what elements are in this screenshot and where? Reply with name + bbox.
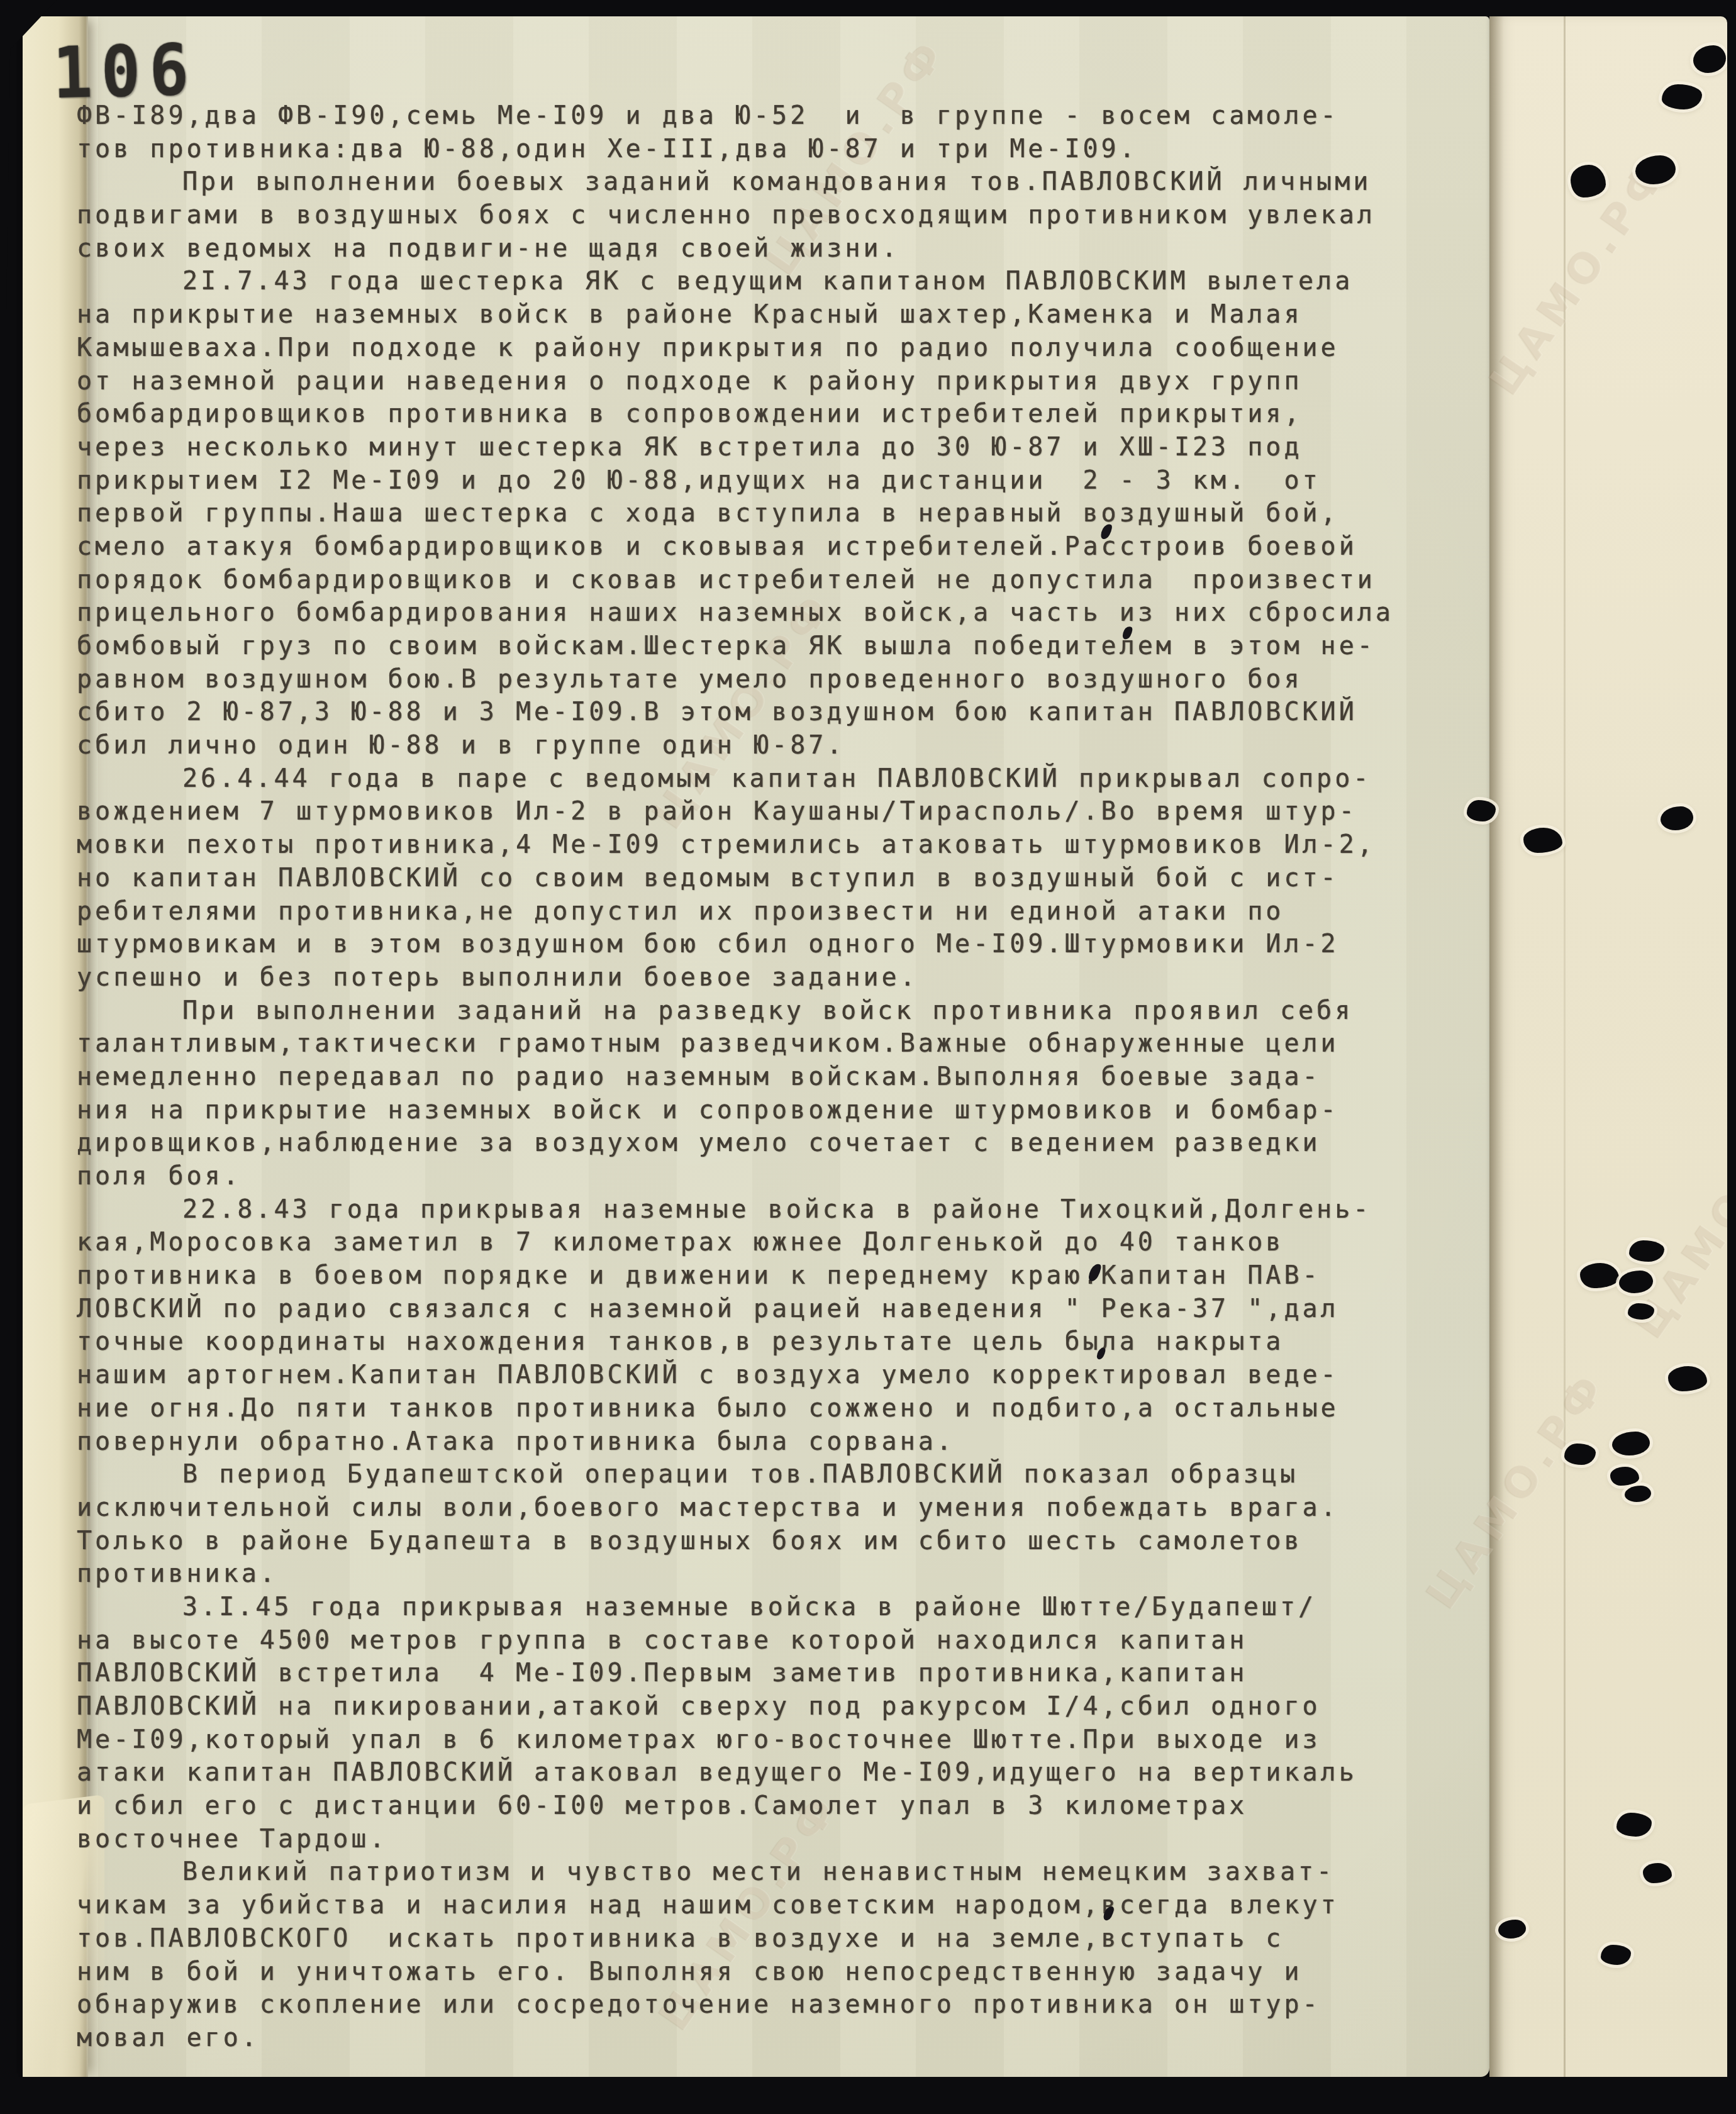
text-line: При выполнении боевых заданий командован… bbox=[77, 165, 1454, 199]
text-line: 22.8.43 года прикрывая наземные войска в… bbox=[77, 1193, 1454, 1227]
torn-hole bbox=[1610, 1467, 1639, 1486]
text-line: ним в бой и уничтожать его. Выполняя сво… bbox=[77, 1955, 1454, 1989]
text-line: ПАВЛОВСКИЙ встретила 4 Ме-I09.Первым зам… bbox=[77, 1657, 1454, 1690]
text-line: немедленно передавал по радио наземным в… bbox=[77, 1060, 1454, 1094]
text-line: ПАВЛОВСКИЙ на пикировании,атакой сверху … bbox=[77, 1690, 1454, 1723]
text-line: на прикрытие наземных войск в районе Кра… bbox=[77, 298, 1454, 331]
text-line: ребителями противника,не допустил их про… bbox=[77, 895, 1454, 928]
text-line: Только в районе Будапешта в воздушных бо… bbox=[77, 1525, 1454, 1558]
text-line: исключительной силы воли,боевого мастерс… bbox=[77, 1491, 1454, 1525]
text-line: своих ведомых на подвиги-не щадя своей ж… bbox=[77, 232, 1454, 265]
torn-hole bbox=[1580, 1263, 1619, 1288]
text-line: мовал его. bbox=[77, 2022, 1454, 2055]
text-line: и сбил его с дистанции 60-I00 метров.Сам… bbox=[77, 1789, 1454, 1823]
text-line: повернули обратно.Атака противника была … bbox=[77, 1425, 1454, 1459]
torn-hole bbox=[1523, 828, 1562, 853]
text-line: ние огня.До пяти танков противника было … bbox=[77, 1392, 1454, 1425]
text-line: 2I.7.43 года шестерка ЯК с ведущим капит… bbox=[77, 265, 1454, 298]
text-line: поля боя. bbox=[77, 1160, 1454, 1193]
torn-hole bbox=[1668, 1366, 1707, 1391]
text-line: успешно и без потерь выполнили боевое за… bbox=[77, 961, 1454, 994]
text-line: противника. bbox=[77, 1557, 1454, 1591]
text-line: кая,Моросовка заметил в 7 километрах южн… bbox=[77, 1226, 1454, 1259]
text-line: точные координаты нахождения танков,в ре… bbox=[77, 1325, 1454, 1359]
torn-hole bbox=[1467, 800, 1496, 821]
text-line: подвигами в воздушных боях с численно пр… bbox=[77, 199, 1454, 232]
text-line: тов противника:два Ю-88,один Хе-III,два … bbox=[77, 133, 1454, 166]
text-line: мовки пехоты противника,4 Ме-I09 стремил… bbox=[77, 828, 1454, 862]
scanned-document: ЦАМО.РФ ЦАМО.РФ ЦАМО.РФ ЦАМО.РФ ЦАМО.РФ … bbox=[0, 0, 1736, 2114]
text-line: чикам за убийства и насилия над нашим со… bbox=[77, 1889, 1454, 1922]
text-line: первой группы.Наша шестерка с хода вступ… bbox=[77, 497, 1454, 530]
text-line: 3.I.45 года прикрывая наземные войска в … bbox=[77, 1591, 1454, 1624]
torn-hole bbox=[1571, 165, 1606, 197]
text-line: вождением 7 штурмовиков Ил-2 в район Кау… bbox=[77, 795, 1454, 828]
document-text: ФВ-I89,два ФВ-I90,семь Ме-I09 и два Ю-52… bbox=[77, 99, 1454, 2055]
text-line: на высоте 4500 метров группа в составе к… bbox=[77, 1624, 1454, 1657]
torn-hole bbox=[1616, 1813, 1652, 1837]
torn-hole bbox=[1643, 1863, 1672, 1883]
text-line: дировщиков,наблюдение за воздухом умело … bbox=[77, 1127, 1454, 1160]
text-line: от наземной рации наведения о подходе к … bbox=[77, 365, 1454, 398]
scan-border-right bbox=[1727, 0, 1736, 2114]
text-line: через несколько минут шестерка ЯК встрет… bbox=[77, 431, 1454, 464]
text-line: штурмовикам и в этом воздушном бою сбил … bbox=[77, 928, 1454, 961]
text-line: В период Будапештской операции тов.ПАВЛО… bbox=[77, 1458, 1454, 1491]
torn-hole bbox=[1601, 1945, 1631, 1965]
text-line: равном воздушном бою.В результате умело … bbox=[77, 663, 1454, 696]
scan-border-bottom bbox=[0, 2077, 1736, 2114]
scan-border-top bbox=[0, 0, 1736, 16]
text-line: прикрытием I2 Ме-I09 и до 20 Ю-88,идущих… bbox=[77, 464, 1454, 498]
text-line: ФВ-I89,два ФВ-I90,семь Ме-I09 и два Ю-52… bbox=[77, 99, 1454, 133]
text-line: нашим артогнем.Капитан ПАВЛОВСКИЙ с возд… bbox=[77, 1359, 1454, 1392]
text-line: противника в боевом порядке и движении к… bbox=[77, 1259, 1454, 1293]
text-line: талантливым,тактически грамотным разведч… bbox=[77, 1027, 1454, 1060]
text-line: смело атакуя бомбардировщиков и сковывая… bbox=[77, 530, 1454, 564]
torn-hole bbox=[1564, 1444, 1596, 1465]
text-line: обнаружив скопление или сосредоточение н… bbox=[77, 1988, 1454, 2022]
next-page-edge bbox=[1489, 16, 1727, 2098]
text-line: сбито 2 Ю-87,3 Ю-88 и 3 Ме-I09.В этом во… bbox=[77, 696, 1454, 729]
text-line: При выполнении заданий на разведку войск… bbox=[77, 994, 1454, 1028]
text-line: бомбовый груз по своим войскам.Шестерка … bbox=[77, 630, 1454, 663]
torn-hole bbox=[1662, 84, 1702, 109]
text-line: 26.4.44 года в паре с ведомым капитан ПА… bbox=[77, 762, 1454, 796]
text-line: Великий патриотизм и чувство мести ненав… bbox=[77, 1855, 1454, 1889]
text-line: тов.ПАВЛОВСКОГО искать противника в возд… bbox=[77, 1922, 1454, 1955]
text-line: Камышеваха.При подходе к району прикрыти… bbox=[77, 331, 1454, 365]
torn-hole bbox=[1629, 1240, 1664, 1262]
text-line: ЛОВСКИЙ по радио связался с наземной рац… bbox=[77, 1293, 1454, 1326]
torn-hole bbox=[1628, 1303, 1654, 1320]
text-line: ния на прикрытие наземных войск и сопров… bbox=[77, 1094, 1454, 1127]
paper-crease bbox=[1564, 16, 1566, 2098]
text-line: сбил лично один Ю-88 и в группе один Ю-8… bbox=[77, 729, 1454, 762]
text-line: атаки капитан ПАВЛОВСКИЙ атаковал ведуще… bbox=[77, 1756, 1454, 1789]
text-line: восточнее Тардош. bbox=[77, 1823, 1454, 1856]
text-line: но капитан ПАВЛОВСКИЙ со своим ведомым в… bbox=[77, 862, 1454, 895]
text-line: порядок бомбардировщиков и сковав истреб… bbox=[77, 564, 1454, 597]
text-line: Ме-I09,который упал в 6 километрах юго-в… bbox=[77, 1723, 1454, 1757]
text-line: бомбардировщиков противника в сопровожде… bbox=[77, 398, 1454, 431]
text-line: прицельного бомбардирования наших наземн… bbox=[77, 596, 1454, 630]
